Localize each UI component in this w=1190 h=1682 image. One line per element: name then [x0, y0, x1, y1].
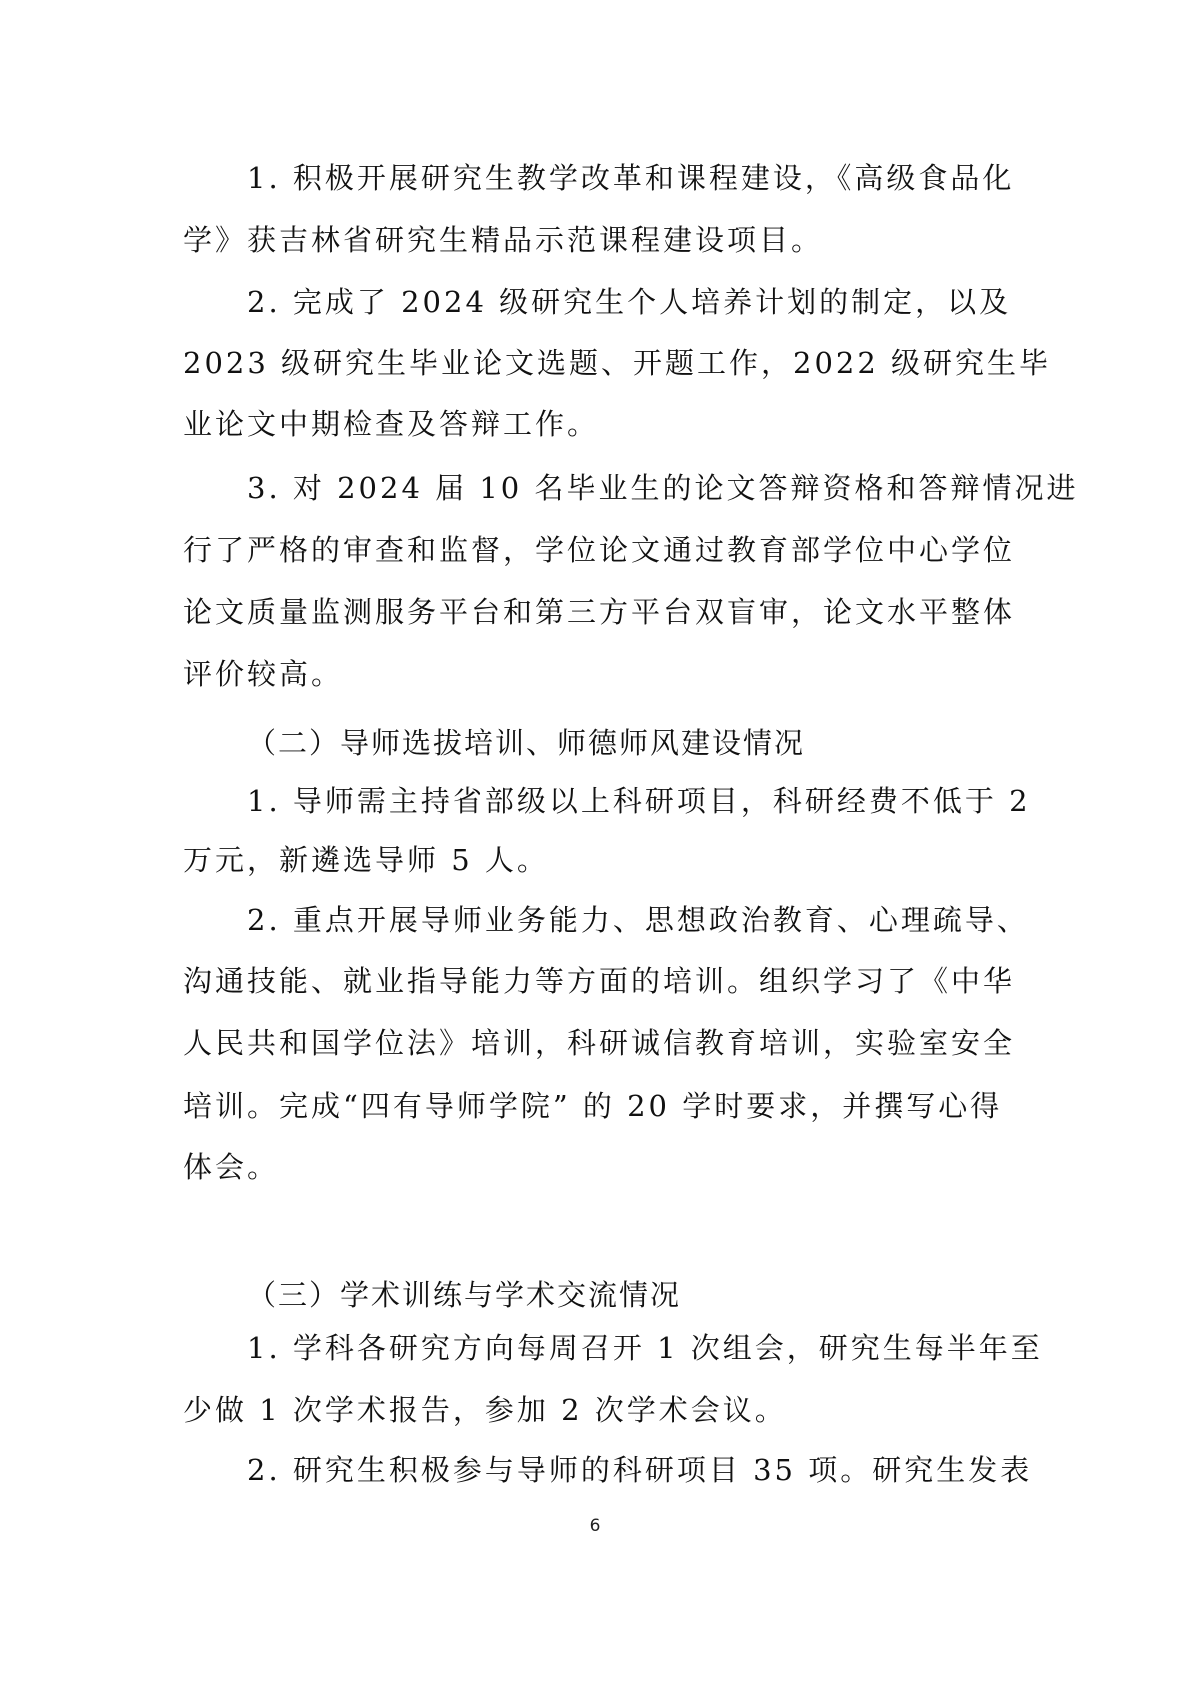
paragraph-line: 1. 导师需主持省部级以上科研项目，科研经费不低于 2 — [247, 783, 1107, 819]
paragraph-line: 少做 1 次学术报告，参加 2 次学术会议。 — [183, 1392, 1043, 1428]
section-heading: （三）学术训练与学术交流情况 — [247, 1277, 1107, 1313]
paragraph-line: 2. 研究生积极参与导师的科研项目 35 项。研究生发表 — [247, 1452, 1107, 1488]
paragraph-line: 沟通技能、就业指导能力等方面的培训。组织学习了《中华 — [183, 963, 1043, 999]
paragraph-line: 2. 重点开展导师业务能力、思想政治教育、心理疏导、 — [247, 902, 1107, 938]
section-heading: （二）导师选拔培训、师德师风建设情况 — [247, 725, 1107, 761]
paragraph-line: 人民共和国学位法》培训，科研诚信教育培训，实验室安全 — [183, 1025, 1043, 1061]
paragraph-line: 1. 积极开展研究生教学改革和课程建设，《高级食品化 — [247, 160, 1107, 196]
paragraph-line: 体会。 — [183, 1149, 1043, 1185]
paragraph-line: 3. 对 2024 届 10 名毕业生的论文答辩资格和答辩情况进 — [247, 470, 1107, 506]
paragraph-line: 业论文中期检查及答辩工作。 — [183, 406, 1043, 442]
paragraph-line: 学》获吉林省研究生精品示范课程建设项目。 — [183, 222, 1043, 258]
paragraph-line: 2. 完成了 2024 级研究生个人培养计划的制定，以及 — [247, 284, 1107, 320]
document-page: 1. 积极开展研究生教学改革和课程建设，《高级食品化 学》获吉林省研究生精品示范… — [0, 0, 1190, 1682]
paragraph-line: 2023 级研究生毕业论文选题、开题工作，2022 级研究生毕 — [183, 345, 1043, 381]
paragraph-line: 培训。完成“四有导师学院” 的 20 学时要求，并撰写心得 — [183, 1088, 1043, 1124]
paragraph-line: 1. 学科各研究方向每周召开 1 次组会，研究生每半年至 — [247, 1330, 1107, 1366]
paragraph-line: 论文质量监测服务平台和第三方平台双盲审，论文水平整体 — [183, 594, 1043, 630]
paragraph-line: 评价较高。 — [183, 656, 1043, 692]
paragraph-line: 行了严格的审查和监督，学位论文通过教育部学位中心学位 — [183, 532, 1043, 568]
paragraph-line: 万元，新遴选导师 5 人。 — [183, 842, 1043, 878]
page-number: 6 — [0, 1516, 1190, 1536]
